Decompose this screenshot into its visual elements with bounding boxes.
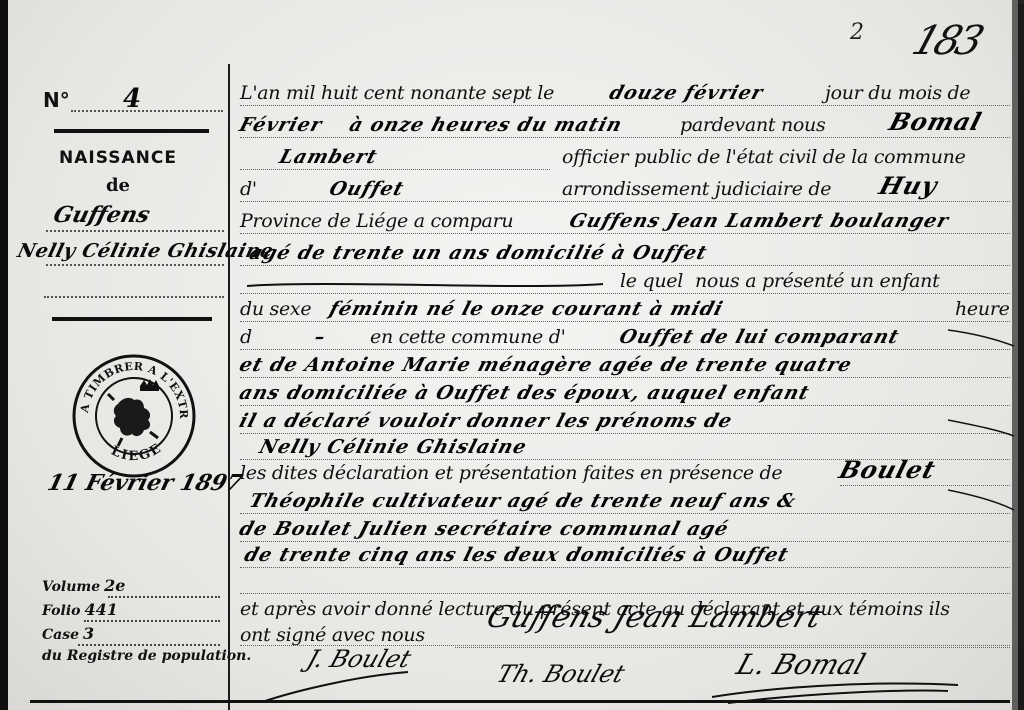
handwritten-text: de trente cinq ans les deux domiciliés à…	[242, 544, 792, 566]
volume-value: 2e	[104, 576, 125, 595]
body-line-15: Théophile cultivateur agé de trente neuf…	[240, 486, 1010, 516]
dotted-line	[71, 110, 223, 112]
printed-text: pardevant nous	[680, 114, 825, 136]
signature-witness-1: J. Boulet	[303, 645, 414, 673]
body-line-3: Lambert officier public de l'état civil …	[240, 142, 1010, 172]
dotted-line	[84, 620, 220, 622]
handwritten-text: à onze heures du matin	[347, 114, 625, 136]
register-footer: du Registre de population.	[42, 648, 251, 664]
line-filler-flourish	[245, 280, 605, 290]
record-type-title: NAISSANCE	[8, 148, 228, 168]
body-line-11: ans domiciliée à Ouffet des époux, auque…	[240, 378, 1010, 408]
handwritten-text: et de Antoine Marie ménagère agée de tre…	[237, 354, 855, 376]
printed-text: officier public de l'état civil de la co…	[562, 146, 966, 168]
birth-certificate-page: 2 183 N° 4 NAISSANCE de Guffens Nelly Cé…	[8, 0, 1018, 710]
handwritten-text: Bomal	[886, 107, 986, 136]
handwritten-text: féminin né le onze courant à midi	[327, 298, 726, 320]
child-first-names: Nelly Célinie Ghislaine	[15, 240, 276, 262]
folio-number: 183	[907, 18, 986, 64]
handwritten-text: Nelly Célinie Ghislaine	[257, 436, 530, 458]
handwritten-text: Ouffet de lui comparant	[617, 326, 902, 348]
body-line-2: Février à onze heures du matin pardevant…	[240, 110, 1010, 140]
dotted-line	[46, 230, 224, 232]
svg-text:LIEGE: LIEGE	[109, 440, 166, 464]
handwritten-text: Ouffet	[327, 178, 407, 200]
handwritten-text: Février	[237, 114, 325, 136]
case-value: 3	[83, 624, 94, 643]
separator-rule	[54, 129, 209, 133]
register-folio: Folio441	[42, 600, 118, 619]
margin-pen-strokes	[948, 300, 1018, 540]
printed-text: jour du mois de	[825, 82, 970, 104]
body-line-8: du sexe féminin né le onze courant à mid…	[240, 294, 1010, 324]
printed-text: d	[240, 326, 252, 348]
body-line-1: L'an mil huit cent nonante sept le douze…	[240, 78, 1010, 108]
case-label: Case	[42, 627, 79, 643]
handwritten-text: Guffens Jean Lambert boulanger	[567, 210, 952, 232]
handwritten-text: Théophile cultivateur agé de trente neuf…	[247, 490, 799, 512]
dotted-line	[46, 264, 224, 266]
register-case: Case3	[42, 624, 94, 643]
page-number: 2	[850, 20, 864, 45]
handwritten-text: douze février	[607, 82, 766, 104]
register-volume: Volume2e	[42, 576, 125, 595]
number-label: N°	[43, 88, 70, 112]
signature-declarant: Guffens Jean Lambert	[482, 600, 826, 635]
printed-text: du sexe	[240, 298, 311, 320]
bottom-rule	[30, 700, 1010, 703]
handwritten-text: agé de trente un ans domicilié à Ouffet	[247, 242, 710, 264]
body-line-6: agé de trente un ans domicilié à Ouffet	[240, 238, 1010, 268]
register-footer-text: du Registre de population.	[42, 648, 251, 664]
handwritten-text: de Boulet Julien secrétaire communal agé	[237, 518, 732, 540]
printed-text: ont signé avec nous	[240, 624, 425, 646]
printed-text: le quel	[620, 270, 683, 292]
dotted-line	[78, 644, 220, 646]
handwritten-text: –	[312, 326, 329, 348]
record-type-de: de	[8, 175, 228, 196]
signature-witness-2: Th. Boulet	[493, 660, 628, 688]
body-line-4: d' Ouffet arrondissement judiciaire de H…	[240, 174, 1010, 204]
body-line-10: et de Antoine Marie ménagère agée de tre…	[240, 350, 1010, 380]
printed-text: en cette commune d'	[370, 326, 566, 348]
printed-text: L'an mil huit cent nonante sept le	[240, 82, 554, 104]
column-divider	[228, 64, 230, 710]
volume-label: Volume	[42, 579, 100, 595]
separator-rule	[52, 317, 212, 321]
printed-text: arrondissement judiciaire de	[562, 178, 831, 200]
body-line-5: Province de Liége a comparu Guffens Jean…	[240, 206, 1010, 236]
handwritten-text: Boulet	[836, 455, 940, 484]
act-number: N° 4	[43, 88, 223, 118]
printed-text: Province de Liége a comparu	[240, 210, 513, 232]
printed-text: les dites déclaration et présentation fa…	[240, 462, 782, 484]
body-line-18-blank	[240, 566, 1010, 596]
folio-value: 441	[85, 600, 118, 619]
printed-text: nous a présenté un enfant	[695, 270, 939, 292]
stamp-date: 11 Février 1897	[45, 470, 245, 496]
dotted-line	[108, 596, 220, 598]
lion-stamp-icon: A TIMBRER A L'EXTRAORDINAIRE LIEGE	[70, 352, 198, 480]
body-line-14: les dites déclaration et présentation fa…	[240, 458, 1010, 488]
folio-label: Folio	[42, 603, 81, 619]
body-line-7: le quel nous a présenté un enfant	[240, 266, 1010, 296]
printed-text: d'	[240, 178, 257, 200]
body-line-9: d – en cette commune d' Ouffet de lui co…	[240, 322, 1010, 352]
scan-left-edge	[0, 0, 8, 710]
handwritten-text: il a déclaré vouloir donner les prénoms …	[237, 410, 735, 432]
handwritten-text: Huy	[876, 171, 941, 200]
handwritten-text: ans domiciliée à Ouffet des époux, auque…	[237, 382, 812, 404]
child-surname: Guffens	[51, 202, 153, 228]
handwritten-text: Lambert	[277, 146, 380, 168]
dotted-line	[44, 296, 224, 298]
